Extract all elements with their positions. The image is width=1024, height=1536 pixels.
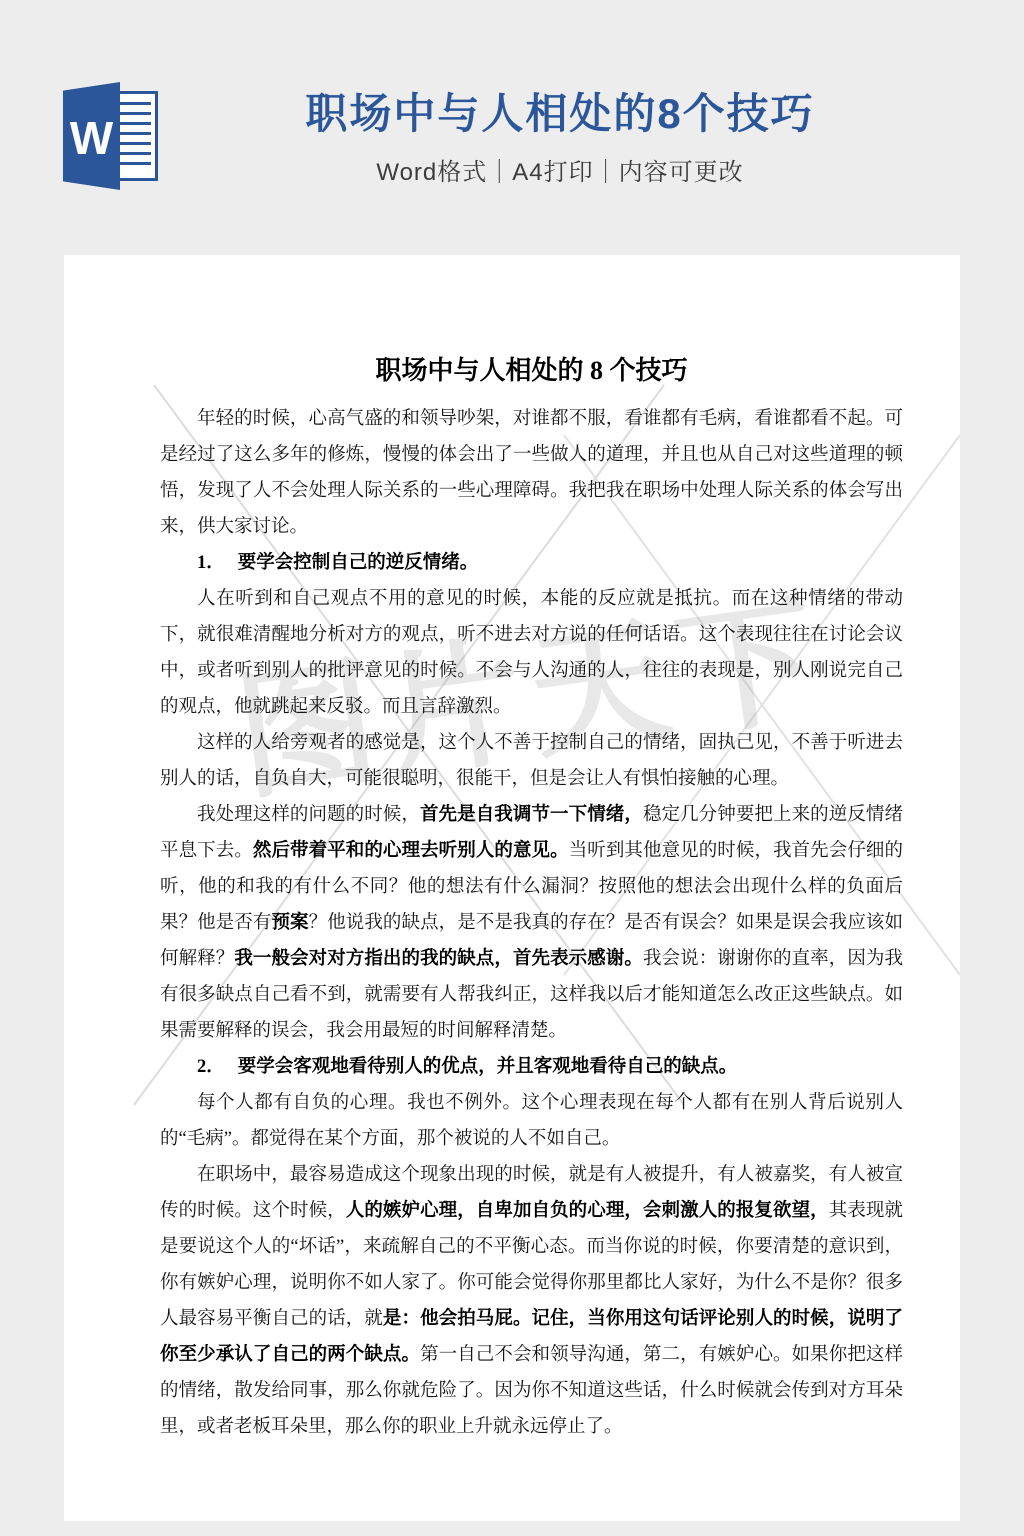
doc-blocks: 年轻的时候，心高气盛的和领导吵架，对谁都不服，看谁都有毛病，看谁都看不起。可是经… — [160, 401, 903, 1445]
header-titles: 职场中与人相处的8个技巧 Word格式｜A4打印｜内容可更改 — [110, 90, 1010, 187]
word-icon-letter: W — [70, 111, 113, 161]
document-page: 图片天下 职场中与人相处的 8 个技巧 年轻的时候，心高气盛的和领导吵架，对谁都… — [64, 255, 960, 1521]
doc-paragraph: 人在听到和自己观点不用的意见的时候，本能的反应就是抵抗。而在这种情绪的带动下，就… — [160, 581, 903, 725]
doc-heading: 1．要学会控制自己的逆反情绪。 — [160, 545, 903, 581]
template-subtitle: Word格式｜A4打印｜内容可更改 — [110, 152, 1010, 187]
doc-paragraph: 这样的人给旁观者的感觉是，这个人不善于控制自己的情绪，固执己见，不善于听进去别人… — [160, 725, 903, 797]
template-title: 职场中与人相处的8个技巧 — [110, 90, 1010, 138]
doc-paragraph: 在职场中，最容易造成这个现象出现的时候，就是有人被提升，有人被嘉奖，有人被宣传的… — [160, 1157, 903, 1445]
template-header: W 职场中与人相处的8个技巧 Word格式｜A4打印｜内容可更改 — [0, 0, 1024, 255]
doc-title: 职场中与人相处的 8 个技巧 — [160, 351, 903, 391]
doc-heading: 2．要学会客观地看待别人的优点，并且客观地看待自己的缺点。 — [160, 1049, 903, 1085]
doc-paragraph: 每个人都有自负的心理。我也不例外。这个心理表现在每个人都有在别人背后说别人的“毛… — [160, 1085, 903, 1157]
document-content: 职场中与人相处的 8 个技巧 年轻的时候，心高气盛的和领导吵架，对谁都不服，看谁… — [64, 255, 960, 1485]
doc-paragraph: 我处理这样的问题的时候，首先是自我调节一下情绪，稳定几分钟要把上来的逆反情绪平息… — [160, 797, 903, 1049]
doc-paragraph: 年轻的时候，心高气盛的和领导吵架，对谁都不服，看谁都有毛病，看谁都看不起。可是经… — [160, 401, 903, 545]
page-background: { "header": { "title": "职场中与人相处的8个技巧", "… — [0, 0, 1024, 1536]
